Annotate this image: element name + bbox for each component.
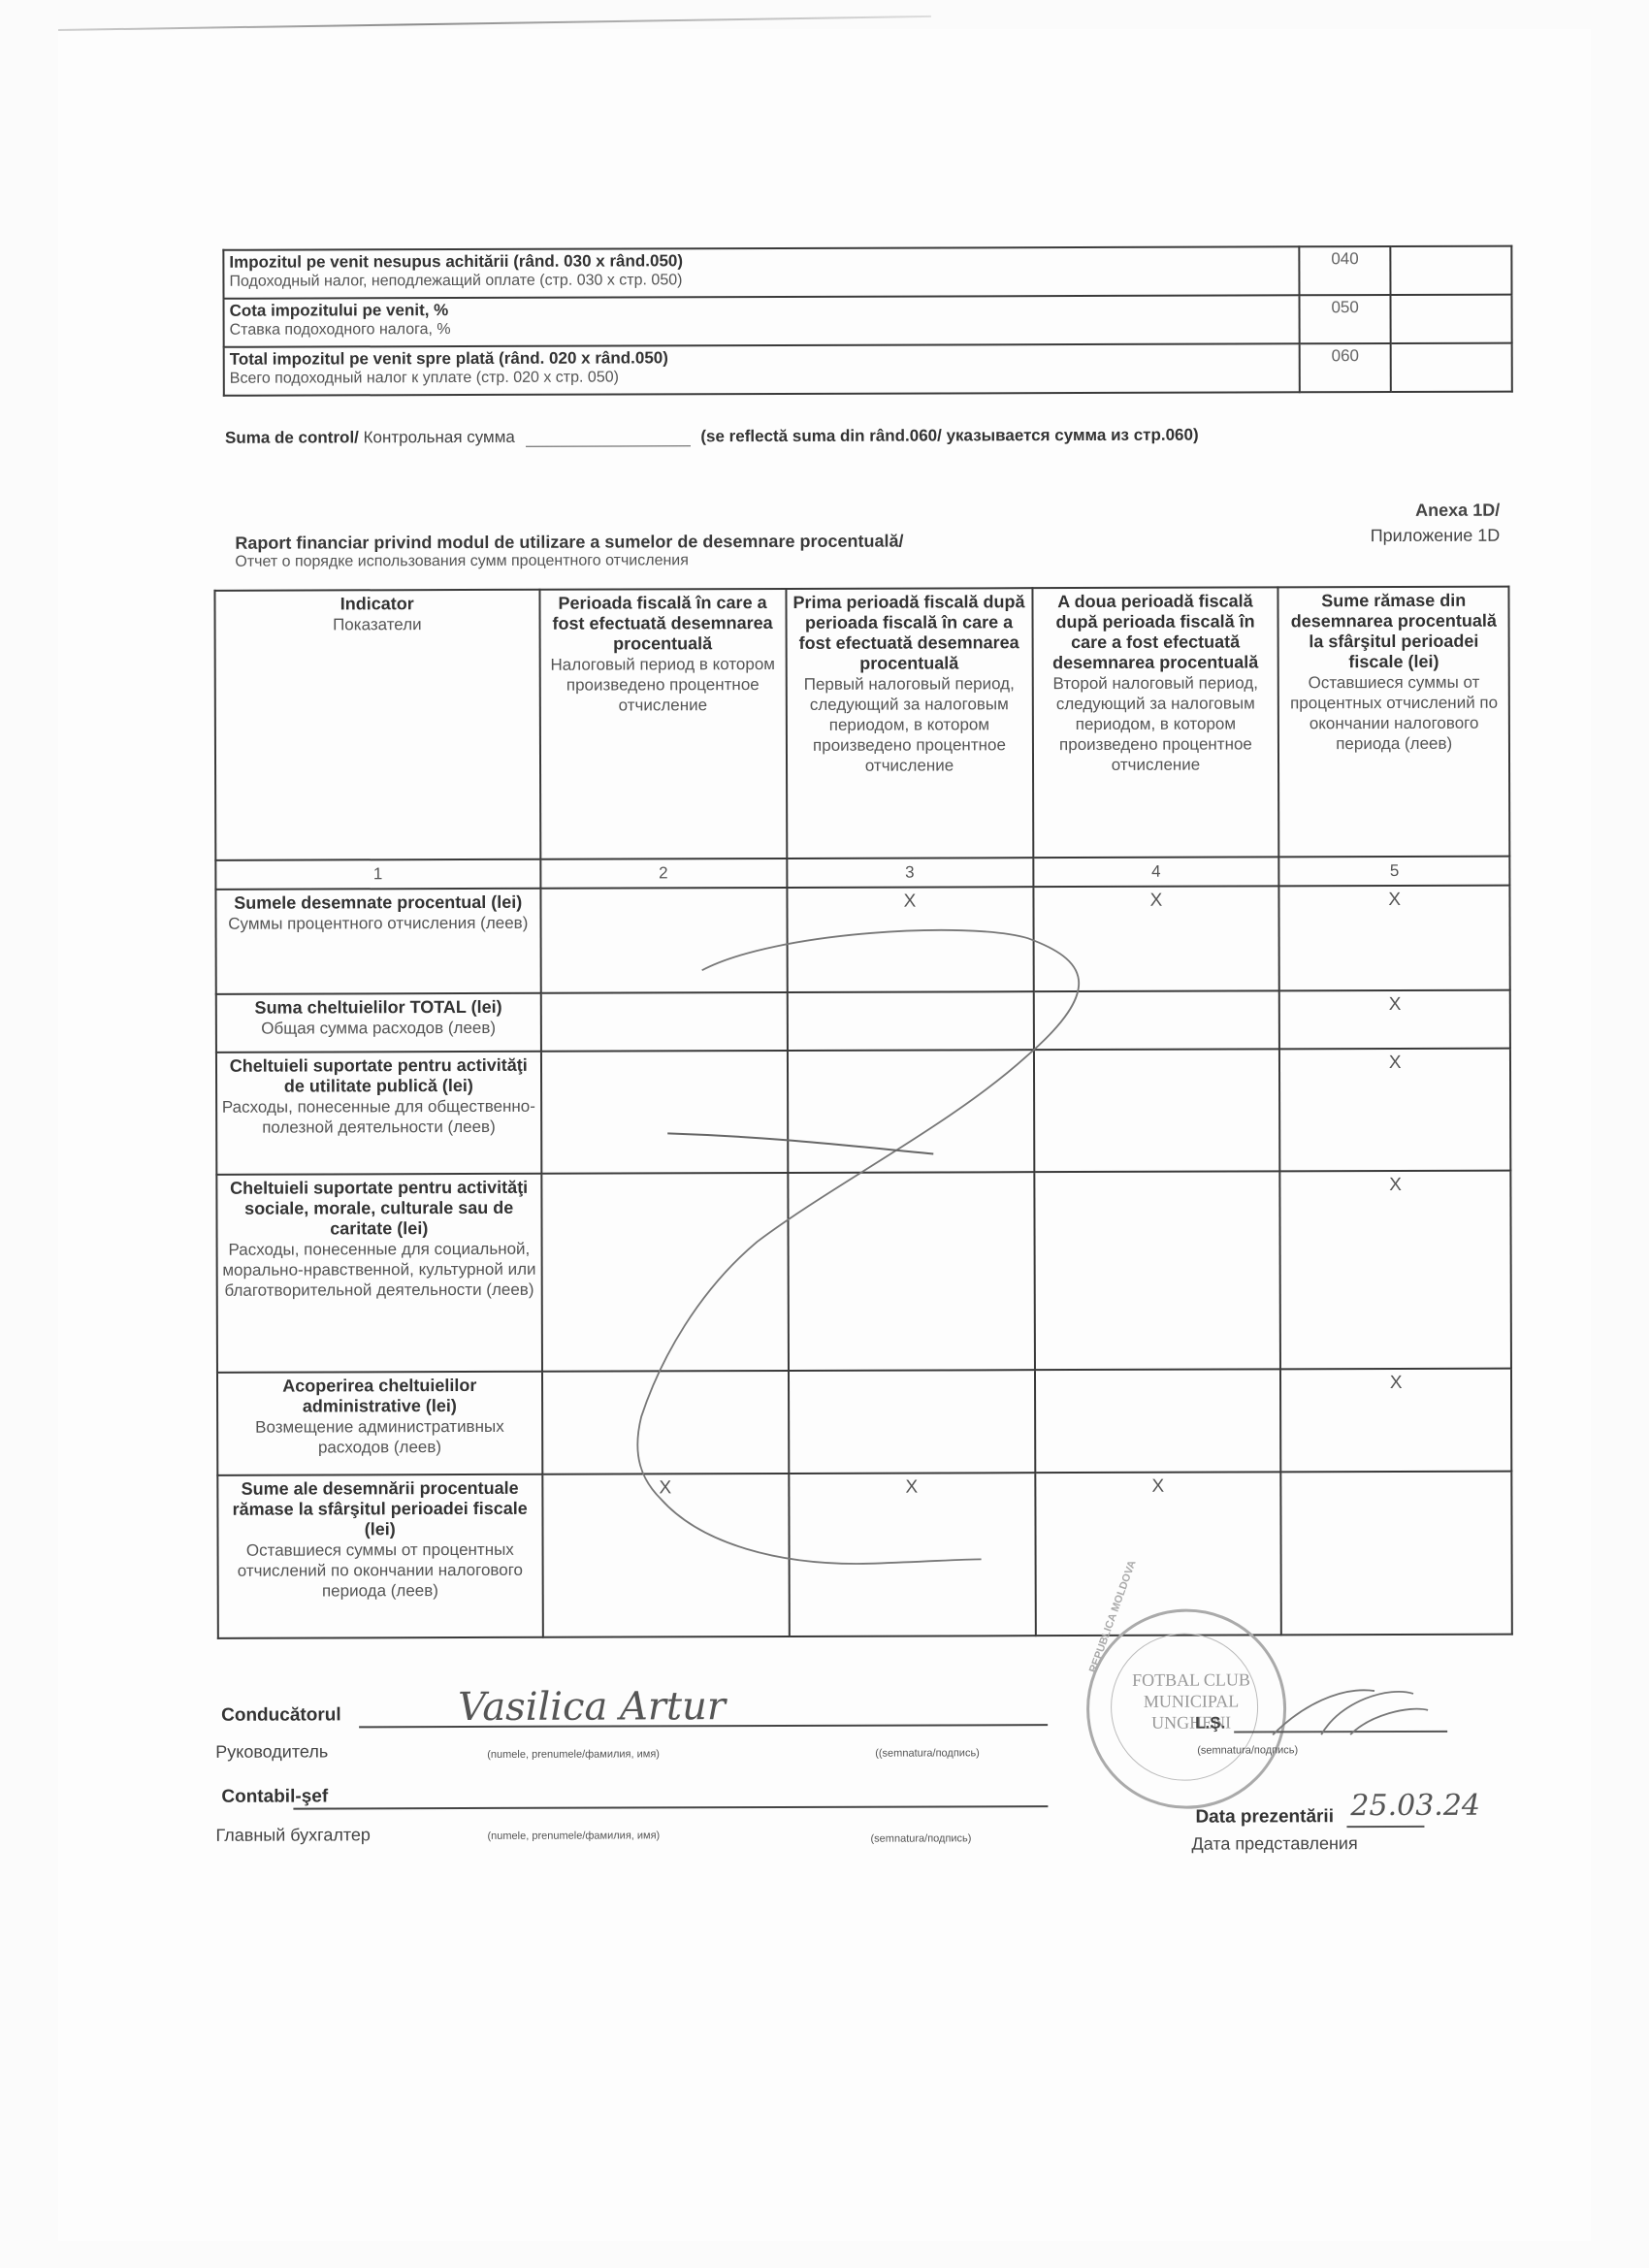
row-label: Suma cheltuielilor TOTAL (lei)Общая сумм… bbox=[216, 993, 541, 1053]
row-label-ro: Sume ale desemnării procentuale rămase l… bbox=[222, 1478, 537, 1540]
ls-signature-line[interactable] bbox=[1234, 1731, 1447, 1733]
report-title: Raport financiar privind modul de utiliz… bbox=[235, 532, 903, 572]
name-hint: (numele, prenumele/фамилия, имя) bbox=[487, 1748, 660, 1761]
column-header: A doua perioadă fiscală după perioada fi… bbox=[1032, 587, 1279, 858]
stamp-line-2: MUNICIPAL bbox=[1118, 1691, 1264, 1710]
row-code: 050 bbox=[1300, 295, 1391, 343]
organization-stamp: FOTBAL CLUB MUNICIPAL UNGHENI REPUBLICA … bbox=[1086, 1608, 1287, 1809]
percentage-designation-table: IndicatorПоказатели Perioada fiscală în … bbox=[213, 586, 1512, 1639]
date-value-handwritten: 25.03.24 bbox=[1350, 1789, 1480, 1823]
row-label-ru: Ставка подоходного налога, % bbox=[230, 317, 1294, 340]
not-applicable-cell: X bbox=[787, 887, 1033, 992]
director-name-handwritten: Vasilica Artur bbox=[458, 1684, 726, 1730]
row-label-ro: Cheltuieli suportate pentru activităţi s… bbox=[221, 1178, 536, 1240]
row-label-ru: Подоходный налог, неподлежащий оплате (с… bbox=[229, 269, 1293, 291]
accountant-label-ru: Главный бухгалтер bbox=[215, 1825, 370, 1846]
row-label: Acoperirea cheltuielilor administrative … bbox=[217, 1372, 542, 1475]
column-header: Perioada fiscală în care a fost efectuat… bbox=[539, 589, 787, 859]
row-label-ro: Suma cheltuielilor TOTAL (lei) bbox=[221, 997, 536, 1019]
row-label-ru: Расходы, понесенные для социальной, мора… bbox=[222, 1239, 537, 1301]
row-value-field[interactable] bbox=[1391, 343, 1512, 392]
document: Impozitul pe venit nesupus achitării (râ… bbox=[0, 0, 1649, 2268]
table-header-row: IndicatorПоказатели Perioada fiscală în … bbox=[214, 587, 1509, 860]
row-label-ro: Acoperirea cheltuielilor administrative … bbox=[222, 1376, 537, 1417]
accountant-label-ro: Contabil-şef bbox=[221, 1786, 328, 1807]
not-applicable-cell: X bbox=[1279, 990, 1510, 1050]
value-cell[interactable] bbox=[540, 1051, 787, 1174]
director-label-ro: Conducătorul bbox=[221, 1704, 341, 1726]
table-row: Cheltuieli suportate pentru activităţi s… bbox=[216, 1171, 1511, 1373]
report-title-ru: Отчет о порядке использования сумм проце… bbox=[235, 551, 903, 572]
column-number: 2 bbox=[540, 859, 787, 889]
not-applicable-cell: X bbox=[1035, 1472, 1282, 1636]
column-number-row: 1 2 3 4 5 bbox=[215, 857, 1509, 890]
row-label-ru: Расходы, понесенные для общественно-поле… bbox=[221, 1096, 536, 1138]
table-row: Cota impozitului pe venit, % Ставка подо… bbox=[224, 295, 1512, 347]
date-label-ru: Дата представления bbox=[1191, 1833, 1357, 1855]
control-sum-label-ru: Контрольная сумма bbox=[364, 428, 515, 446]
control-sum-note: (se reflectă suma din rând.060/ указывае… bbox=[700, 426, 1198, 446]
value-cell[interactable] bbox=[1033, 1049, 1279, 1172]
column-number: 5 bbox=[1279, 857, 1510, 887]
table-row: Sume ale desemnării procentuale rămase l… bbox=[217, 1472, 1512, 1638]
control-sum-field[interactable] bbox=[526, 430, 691, 447]
column-header: Sume rămase din desemnarea procentuală l… bbox=[1278, 587, 1509, 858]
row-label-ru: Возмещение административных расходов (ле… bbox=[222, 1416, 537, 1458]
report-title-ro: Raport financiar privind modul de utiliz… bbox=[235, 532, 903, 553]
annex-label: Anexa 1D/ Приложение 1D bbox=[1371, 498, 1501, 548]
row-value-field[interactable] bbox=[1391, 246, 1512, 295]
column-number: 4 bbox=[1033, 857, 1279, 887]
row-label: Sumele desemnate procentual (lei)Суммы п… bbox=[215, 889, 540, 994]
row-label: Cheltuieli suportate pentru activităţi s… bbox=[216, 1174, 541, 1373]
column-header: IndicatorПоказатели bbox=[214, 590, 539, 860]
table-row: Acoperirea cheltuielilor administrative … bbox=[217, 1369, 1511, 1475]
value-cell[interactable] bbox=[1281, 1472, 1512, 1636]
column-number: 3 bbox=[787, 858, 1033, 888]
not-applicable-cell: X bbox=[1280, 1369, 1511, 1473]
date-field-line[interactable] bbox=[1346, 1826, 1424, 1828]
annex-ro: Anexa 1D/ bbox=[1371, 498, 1501, 523]
column-number: 1 bbox=[215, 859, 540, 890]
not-applicable-cell: X bbox=[1033, 886, 1279, 991]
value-cell[interactable] bbox=[540, 888, 787, 993]
annex-ru: Приложение 1D bbox=[1371, 523, 1501, 548]
value-cell[interactable] bbox=[542, 1371, 789, 1474]
value-cell[interactable] bbox=[1034, 1171, 1281, 1370]
table-row: Impozitul pe venit nesupus achitării (râ… bbox=[223, 246, 1511, 299]
row-label-ru: Суммы процентного отчисления (леев) bbox=[221, 913, 536, 934]
date-label-ro: Data prezentării bbox=[1195, 1806, 1334, 1828]
ls-label: L.Ş. bbox=[1195, 1714, 1225, 1733]
value-cell[interactable] bbox=[788, 1370, 1034, 1474]
value-cell[interactable] bbox=[787, 1050, 1033, 1173]
not-applicable-cell: X bbox=[789, 1473, 1036, 1636]
row-code: 060 bbox=[1300, 343, 1391, 392]
signature-hint: (semnatura/подпись) bbox=[870, 1832, 971, 1844]
value-cell[interactable] bbox=[1034, 1369, 1280, 1473]
row-label-ru: Общая сумма расходов (леев) bbox=[221, 1018, 536, 1039]
row-code: 040 bbox=[1299, 246, 1390, 295]
accountant-signature-line[interactable] bbox=[293, 1805, 1048, 1809]
value-cell[interactable] bbox=[540, 992, 787, 1052]
income-tax-table: Impozitul pe venit nesupus achitării (râ… bbox=[222, 245, 1512, 397]
row-label-ru: Оставшиеся суммы от процентных отчислени… bbox=[223, 1539, 538, 1602]
column-header: Prima perioadă fiscală după perioada fis… bbox=[786, 588, 1033, 859]
not-applicable-cell: X bbox=[542, 1474, 790, 1637]
row-label-ru: Всего подоходный налог к уплате (стр. 02… bbox=[230, 366, 1294, 388]
table-row: Total impozitul pe venit spre plată (rân… bbox=[224, 343, 1512, 396]
table-row: Cheltuieli suportate pentru activităţi d… bbox=[216, 1049, 1510, 1175]
row-value-field[interactable] bbox=[1391, 295, 1512, 343]
value-cell[interactable] bbox=[1033, 990, 1279, 1050]
stamp-line-3: UNGHENI bbox=[1118, 1712, 1264, 1732]
not-applicable-cell: X bbox=[1279, 886, 1510, 991]
value-cell[interactable] bbox=[541, 1173, 789, 1372]
row-label: Sume ale desemnării procentuale rămase l… bbox=[217, 1474, 542, 1638]
row-label-ro: Sumele desemnate procentual (lei) bbox=[220, 892, 535, 914]
value-cell[interactable] bbox=[788, 1172, 1035, 1371]
value-cell[interactable] bbox=[787, 991, 1033, 1051]
control-sum-label-ro: Suma de control/ bbox=[225, 428, 359, 446]
signature-hint: ((semnatura/подпись) bbox=[875, 1747, 980, 1759]
control-sum: Suma de control/ Контрольная сумма (se r… bbox=[225, 426, 1199, 448]
name-hint: (numele, prenumele/фамилия, имя) bbox=[487, 1830, 660, 1842]
row-label-ro: Cheltuieli suportate pentru activităţi d… bbox=[221, 1055, 536, 1097]
director-label-ru: Руководитель bbox=[215, 1741, 328, 1762]
signature-section: Conducătorul Vasilica Artur Руководитель… bbox=[0, 0, 1646, 3]
stamp-line-1: FOTBAL CLUB bbox=[1118, 1669, 1264, 1689]
table-row: Suma cheltuielilor TOTAL (lei)Общая сумм… bbox=[216, 990, 1510, 1053]
row-label: Cheltuieli suportate pentru activităţi d… bbox=[216, 1052, 541, 1175]
table-row: Sumele desemnate procentual (lei)Суммы п… bbox=[215, 886, 1509, 994]
not-applicable-cell: X bbox=[1279, 1049, 1510, 1172]
not-applicable-cell: X bbox=[1280, 1171, 1511, 1370]
ls-hint: (semnatura/подпись) bbox=[1197, 1744, 1298, 1756]
